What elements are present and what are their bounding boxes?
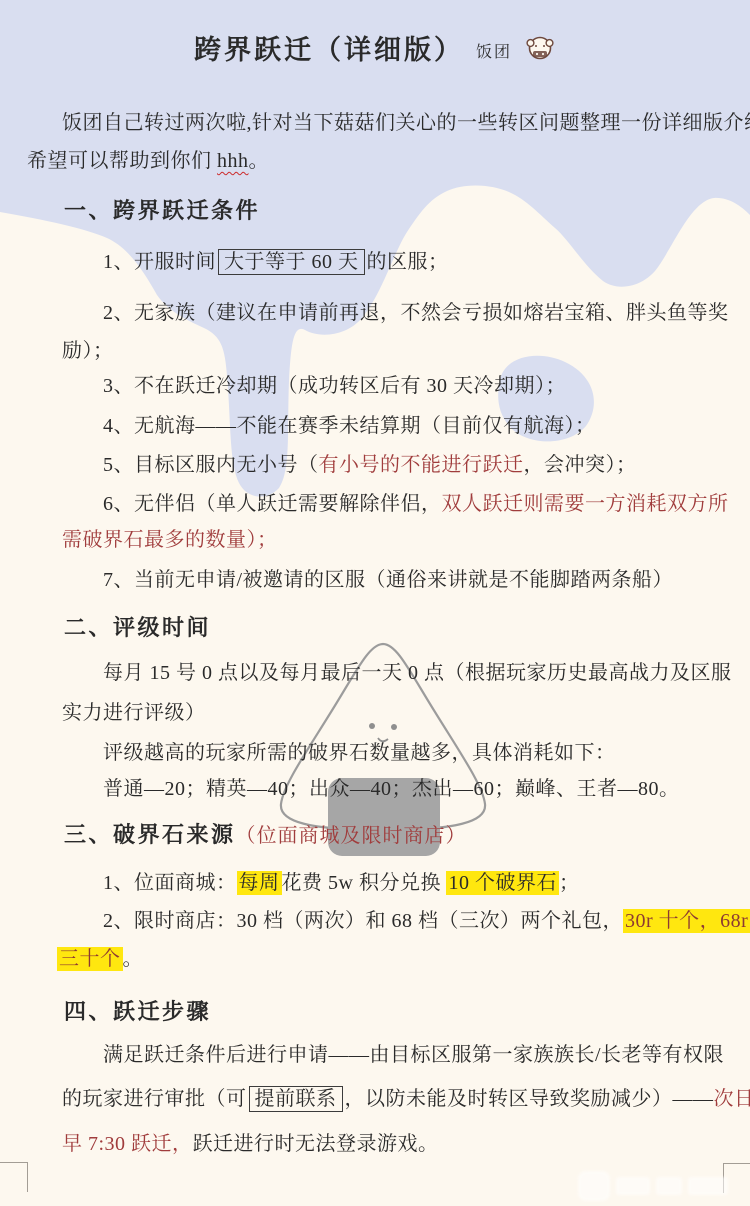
document-page: { "title":{ "main":"跨界跃迁（详细版）", "author"… — [0, 0, 750, 1206]
section2-heading: 二、评级时间 — [64, 613, 211, 643]
section1-item3: 3、不在跃迁冷却期（成功转区后有 30 天冷却期）； — [103, 373, 566, 400]
section1-heading: 一、跨界跃迁条件 — [64, 196, 260, 226]
section1-item1: 1、开服时间大于等于 60 天的区服； — [103, 249, 449, 276]
section1-item2-line2: 励）； — [62, 338, 114, 365]
section1-item4: 4、无航海——不能在赛季未结算期（目前仅有航海）； — [103, 413, 596, 440]
section1-item7: 7、当前无申请/被邀请的区服（通俗来讲就是不能脚踏两条船） — [103, 567, 673, 594]
section3-item2-line1: 2、限时商店：30 档（两次）和 68 档（三次）两个礼包，30r 十个，68r — [103, 908, 750, 935]
section2-para1-line2: 实力进行评级） — [62, 700, 206, 727]
section3-item2-line2: 三十个。 — [57, 946, 143, 973]
section4-para-line3: 早 7:30 跃迁，跃迁进行时无法登录游戏。 — [62, 1131, 439, 1158]
document-body: 饭团自己转过两次啦,针对当下菇菇们关心的一些转区问题整理一份详细版介绍/说明，希… — [0, 0, 750, 1206]
section4-para-line2: 的玩家进行审批（可提前联系，以防未能及时转区导致奖励减少）——次日 — [62, 1086, 750, 1113]
section2-para3: 普通—20；精英—40；出众—40；杰出—60；巅峰、王者—80。 — [103, 776, 680, 803]
section1-item2-line1: 2、无家族（建议在申请前再退，不然会亏损如熔岩宝箱、胖头鱼等奖 — [103, 300, 729, 327]
section3-item1: 1、位面商城：每周花费 5w 积分兑换 10 个破界石； — [103, 870, 579, 897]
intro-line-1: 饭团自己转过两次啦,针对当下菇菇们关心的一些转区问题整理一份详细版介绍/说明， — [62, 110, 750, 137]
section4-para-line1: 满足跃迁条件后进行申请——由目标区服第一家族族长/长老等有权限 — [103, 1042, 724, 1069]
section2-para1-line1: 每月 15 号 0 点以及每月最后一天 0 点（根据玩家历史最高战力及区服 — [103, 660, 732, 687]
section4-heading: 四、跃迁步骤 — [64, 997, 211, 1027]
intro-line-2: 希望可以帮助到你们 hhh。 — [27, 148, 269, 175]
section3-heading: 三、破界石来源（位面商城及限时商店） — [64, 820, 467, 850]
section1-item6-line1: 6、无伴侣（单人跃迁需要解除伴侣，双人跃迁则需要一方消耗双方所 — [103, 491, 729, 518]
section2-para2: 评级越高的玩家所需的破界石数量越多，具体消耗如下： — [103, 740, 616, 767]
section1-item6-line2: 需破界石最多的数量）； — [62, 527, 278, 554]
section1-item5: 5、目标区服内无小号（有小号的不能进行跃迁，会冲突）； — [103, 452, 637, 479]
